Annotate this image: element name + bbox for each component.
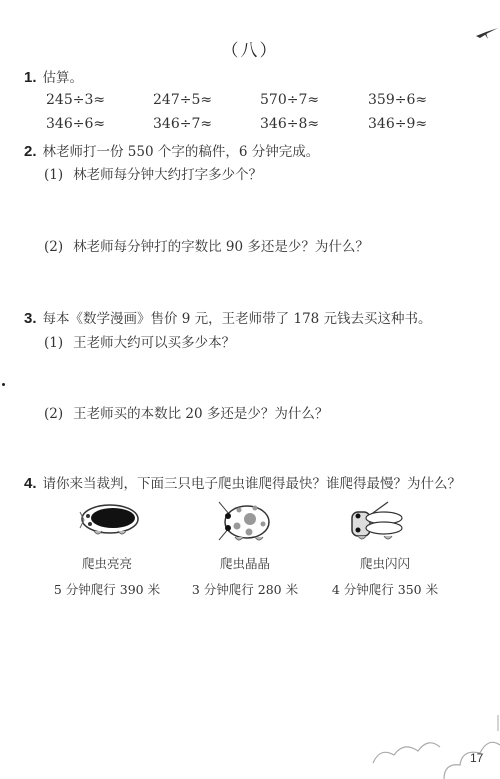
bug-stat: 3 分钟爬行 280 米 — [180, 580, 310, 598]
sub-question-label: (1) — [44, 167, 63, 183]
sub-question-text: 林老师每分钟大约打字多少个？ — [73, 167, 262, 183]
calc-item: 346÷9≈ — [368, 116, 427, 132]
black-shell-bug-icon — [76, 500, 140, 540]
question-number: 3. — [24, 310, 37, 327]
question-4: 4. 请你来当裁判，下面三只电子爬虫谁爬得最快？谁爬得最慢？为什么？ — [24, 472, 461, 492]
calc-item: 359÷6≈ — [368, 92, 427, 108]
sub-question: (1)林老师每分钟大约打字多少个？ — [44, 163, 262, 183]
calc-item: 346÷7≈ — [153, 116, 212, 132]
question-text: 每本《数学漫画》售价 9 元，王老师带了 178 元钱去买这种书。 — [43, 307, 432, 327]
calc-item: 245÷3≈ — [46, 92, 105, 108]
winged-bug-icon — [348, 500, 408, 544]
bug-name: 爬虫晶晶 — [180, 554, 310, 572]
sub-question-label: (2) — [44, 239, 63, 255]
bird-icon — [474, 24, 500, 42]
question-text: 林老师打一份 550 个字的稿件，6 分钟完成。 — [43, 140, 320, 160]
question-text: 估算。 — [43, 66, 84, 86]
question-number: 2. — [24, 143, 37, 160]
page-title: （八） — [0, 36, 500, 61]
spotted-ladybug-icon — [215, 500, 275, 544]
bug-name: 爬虫亮亮 — [42, 554, 172, 572]
calc-item: 346÷6≈ — [46, 116, 105, 132]
sub-question-text: 王老师买的本数比 20 多还是少？为什么？ — [73, 406, 328, 422]
question-3: 3. 每本《数学漫画》售价 9 元，王老师带了 178 元钱去买这种书。 — [24, 307, 432, 327]
sub-question-text: 林老师每分钟打的字数比 90 多还是少？为什么？ — [73, 239, 369, 255]
question-2: 2. 林老师打一份 550 个字的稿件，6 分钟完成。 — [24, 140, 319, 160]
bug-name: 爬虫闪闪 — [320, 554, 450, 572]
sub-question: (2)王老师买的本数比 20 多还是少？为什么？ — [44, 402, 328, 422]
cloud-decoration-icon — [370, 715, 500, 779]
question-1: 1. 估算。 — [24, 66, 83, 86]
bug-stat: 5 分钟爬行 390 米 — [42, 580, 172, 598]
question-number: 1. — [24, 69, 37, 86]
bug-stat: 4 分钟爬行 350 米 — [320, 580, 450, 598]
page-number: 17 — [470, 751, 483, 765]
question-text: 请你来当裁判，下面三只电子爬虫谁爬得最快？谁爬得最慢？为什么？ — [43, 472, 462, 492]
sub-question-text: 王老师大约可以买多少本？ — [73, 335, 235, 351]
sub-question: (1)王老师大约可以买多少本？ — [44, 331, 235, 351]
question-number: 4. — [24, 475, 37, 492]
sub-question-label: (1) — [44, 335, 63, 351]
calc-item: 247÷5≈ — [153, 92, 212, 108]
sub-question: (2)林老师每分钟打的字数比 90 多还是少？为什么？ — [44, 235, 369, 255]
stray-dot — [2, 383, 5, 386]
calc-item: 346÷8≈ — [260, 116, 319, 132]
calc-item: 570÷7≈ — [260, 92, 319, 108]
sub-question-label: (2) — [44, 406, 63, 422]
